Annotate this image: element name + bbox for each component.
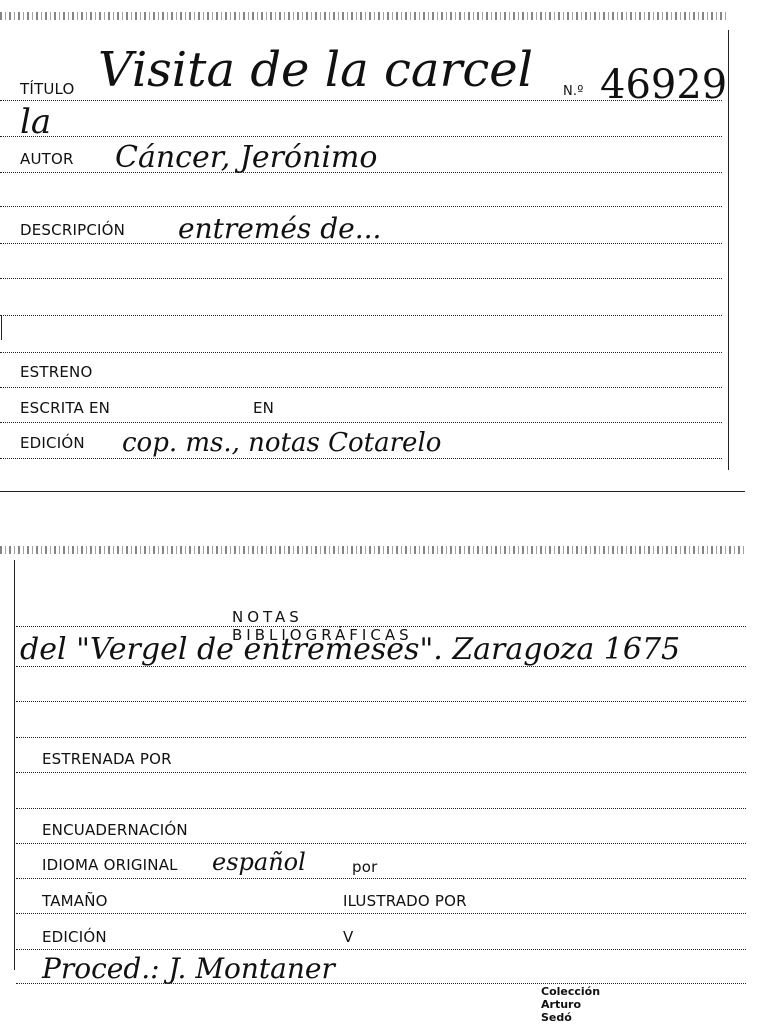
idioma-original-value: español [212,848,306,876]
torn-edge-top [0,546,746,554]
edicion-label: EDICIÓN [20,434,85,452]
estreno-label: ESTRENO [20,363,93,381]
blank-row-marker [1,316,2,340]
encuadernacion-label: ENCUADERNACIÓN [42,821,188,839]
card-bottom-edge [0,491,745,492]
row-line [16,701,746,702]
row-line [16,626,746,627]
ilustrado-por-label: ILUSTRADO POR [343,892,467,910]
en-label: EN [253,399,274,417]
procedencia-value: Proced.: J. Montaner [42,952,335,985]
edicion-back-label: EDICIÓN [42,928,107,946]
row-line [0,315,722,316]
notas-value: del "Vergel de entremeses". Zaragoza 167… [20,632,680,667]
row-line [0,352,722,353]
idioma-original-label: IDIOMA ORIGINAL [42,856,178,874]
row-line [0,278,722,279]
numero-label: N.º [563,84,584,99]
autor-value: Cáncer, Jerónimo [115,140,377,175]
row-line [0,206,722,207]
descripcion-label: DESCRIPCIÓN [20,221,125,239]
row-line [16,772,746,773]
row-line [16,878,746,879]
row-line [0,422,722,423]
titulo-value: Visita de la carcel [98,42,533,98]
row-line [0,387,722,388]
row-line [0,458,722,459]
tamano-label: TAMAÑO [42,892,108,910]
collection-credit: Colección Arturo Sedó [541,985,600,1024]
autor-label: AUTOR [20,150,74,168]
row-line [16,737,746,738]
row-line [0,100,722,101]
titulo-label: TÍTULO [20,80,75,98]
numero-value: 46929 [600,62,727,108]
row-line [16,913,746,914]
torn-edge-top [0,12,728,20]
descripcion-value: entremés de... [178,212,381,245]
card-right-edge [728,30,729,470]
row-line [16,666,746,667]
row-line [16,949,746,950]
row-line [16,983,746,984]
traducida-por-label: por [352,858,377,876]
row-line [0,136,722,137]
edicion-value: cop. ms., notas Cotarelo [122,428,441,458]
row-line [16,808,746,809]
row-line [0,172,722,173]
estrenada-por-label: ESTRENADA POR [42,750,172,768]
card-left-edge [14,560,15,970]
escrita-en-label: ESCRITA EN [20,399,110,417]
row-line [16,843,746,844]
row-line [0,243,722,244]
volumen-label: V [343,928,353,946]
